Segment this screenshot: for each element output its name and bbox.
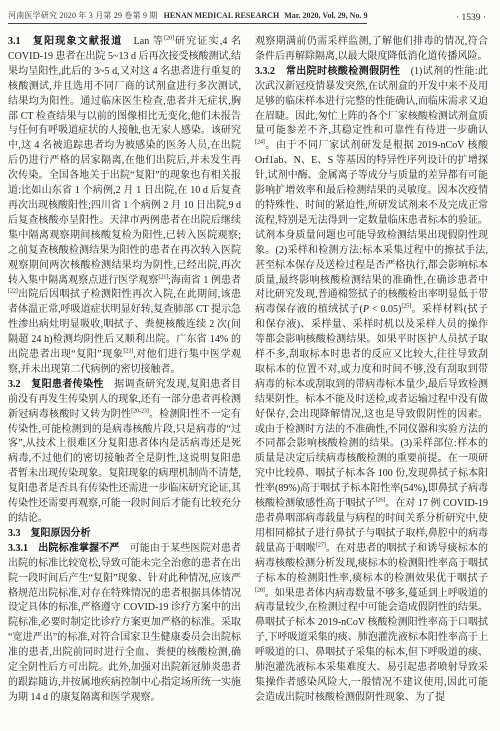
reference-marker: [24] (255, 139, 265, 146)
reference-marker: [21] (158, 273, 168, 280)
section-heading: 3.3.1 出院标准掌握不严 (8, 543, 119, 554)
paragraph: 3.3.1 出院标准掌握不严 可能由于某些医院对患者出院的标准比较宽松,导致可能… (8, 542, 241, 706)
body-text: 。如果患者体内病毒数量不够多,蔓延到上呼吸道的病毒量较少,在检测过程中可能会造成… (255, 588, 488, 703)
body-text: 观察期满前仍需采样监测,了解他们排毒的情况,符合条件后再解除隔离,以最大限度降低… (255, 36, 488, 62)
body-text: Lan 等 (122, 36, 164, 47)
journal-title-chinese: 河南医学研究 2020 年 3 月第 29 卷第 9 期 (8, 11, 158, 20)
reference-marker: [25] (401, 303, 411, 310)
journal-page: 河南医学研究 2020 年 3 月第 29 卷第 9 期 HENAN MEDIC… (0, 0, 500, 731)
paragraph: 3.2 复阳患者传染性 据调查研究发现,复阳患者目前没有再发生传染别人的现象,还… (8, 378, 241, 527)
right-column: 观察期满前仍需采样监测,了解他们排毒的情况,符合条件后再解除隔离,以最大限度降低… (255, 35, 488, 706)
left-column: 3.1 复阳现象文献报道 Lan 等[20]研究证实,4 名 COVID-19 … (8, 35, 241, 706)
paragraph: 3.3 复阳原因分析 (8, 527, 241, 542)
article-body: 3.1 复阳现象文献报道 Lan 等[20]研究证实,4 名 COVID-19 … (8, 35, 488, 706)
journal-masthead: 河南医学研究 2020 年 3 月第 29 卷第 9 期 HENAN MEDIC… (8, 10, 367, 24)
section-heading: 3.2 复阳患者传染性 (8, 379, 104, 390)
body-text: 研究证实,4 名 COVID-19 患者在出院 5~13 d 后再次接受核酸测试… (8, 36, 241, 286)
paragraph: 3.3.2 常出院时核酸检测假阴性 (1)试剂的性能:此次武汉新冠疫情暴发突然,… (255, 65, 488, 706)
section-heading: 3.1 复阳现象文献报道 (8, 36, 122, 47)
journal-title-english: HENAN MEDICAL RESEARCH (164, 11, 280, 20)
paragraph: 3.1 复阳现象文献报道 Lan 等[20]研究证实,4 名 COVID-19 … (8, 35, 241, 378)
reference-marker: [26] (375, 497, 385, 504)
body-text: 可能由于某些医院对患者出院的标准比较宽松,导致可能未完全治愈的患者在出院一段时间… (8, 543, 241, 703)
body-text: < 0.05) (369, 304, 401, 315)
reference-marker: [20-23] (131, 407, 149, 414)
paragraph: 观察期满前仍需采样监测,了解他们排毒的情况,符合条件后再解除隔离,以最大限度降低… (255, 35, 488, 65)
page-number: · 1539 · (456, 13, 488, 24)
reference-marker: [20] (164, 35, 174, 42)
body-text: ;海南省 1 例患者 (168, 275, 241, 286)
journal-issue-info: Mar. 2020, Vol. 29, No. 9 (284, 11, 367, 20)
body-text: 。检测阳性不一定有传染性,可能检测到的是病毒核酸片段,只是病毒的“过客”,从技术… (8, 409, 241, 524)
reference-marker: [22] (8, 288, 18, 295)
body-text: 。采样材料(拭子和保存液)、采样量、采样时机以及采样人员的操作等都会影响核酸检测… (255, 304, 488, 509)
body-text: 。由于不同厂家试剂研发是根据 2019-nCoV 核酸 Orf1ab、N、E、S… (255, 140, 488, 315)
section-heading: 3.3.2 常出院时核酸检测假阴性 (255, 66, 400, 77)
page-header: 河南医学研究 2020 年 3 月第 29 卷第 9 期 HENAN MEDIC… (8, 10, 488, 24)
reference-marker: [28] (255, 586, 265, 593)
reference-marker: [27] (316, 541, 326, 548)
section-heading: 3.3 复阳原因分析 (8, 528, 91, 539)
reference-marker: [23] (123, 348, 133, 355)
